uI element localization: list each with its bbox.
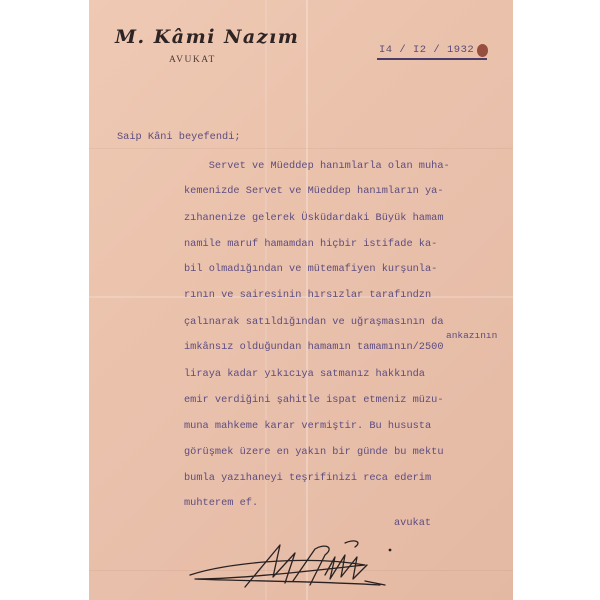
body-line: Servet ve Müeddep hanımlarla olan muha- xyxy=(184,160,450,172)
body-line: zıhanenize gelerek Üsküdardaki Büyük ham… xyxy=(184,212,444,224)
body-line: liraya kadar yıkıcıya satmanız hakkında xyxy=(184,368,425,380)
handwritten-signature xyxy=(185,535,415,595)
body-line: imkânsız olduğundan hamamın tamamının/25… xyxy=(184,341,444,353)
ink-blot xyxy=(477,44,488,57)
letterhead-title: AVUKAT xyxy=(169,55,216,65)
body-line: bil olmadığından ve mütemafiyen kurşunla… xyxy=(184,263,437,275)
body-line: rının ve sairesinin hırsızlar tarafındzn xyxy=(184,289,431,301)
date-underline xyxy=(377,58,487,60)
interlinear-insert: ankazının xyxy=(446,330,497,341)
body-line: görüşmek üzere en yakın bir günde bu mek… xyxy=(184,446,444,458)
body-line: kemenizde Servet ve Müeddep hanımların y… xyxy=(184,185,444,197)
body-line: emir verdiğini şahitle ispat etmeniz müz… xyxy=(184,394,444,406)
letterhead-name: M. Kâmi Nazım xyxy=(115,26,299,48)
body-line: namile maruf hamamdan hiçbir istifade ka… xyxy=(184,238,437,250)
salutation: Saip Kâni beyefendi; xyxy=(117,131,241,143)
paper-crease xyxy=(89,148,513,149)
closing-title: avukat xyxy=(394,517,431,529)
body-line: çalınarak satıldığından ve uğraşmasının … xyxy=(184,316,444,328)
letter-date: I4 / I2 / 1932 xyxy=(379,44,474,56)
body-line: muhterem ef. xyxy=(184,497,258,509)
body-line: bumla yazıhaneyi teşrifinizi reca ederim xyxy=(184,472,431,484)
body-line: muna mahkeme karar vermiştir. Bu hususta xyxy=(184,420,431,432)
